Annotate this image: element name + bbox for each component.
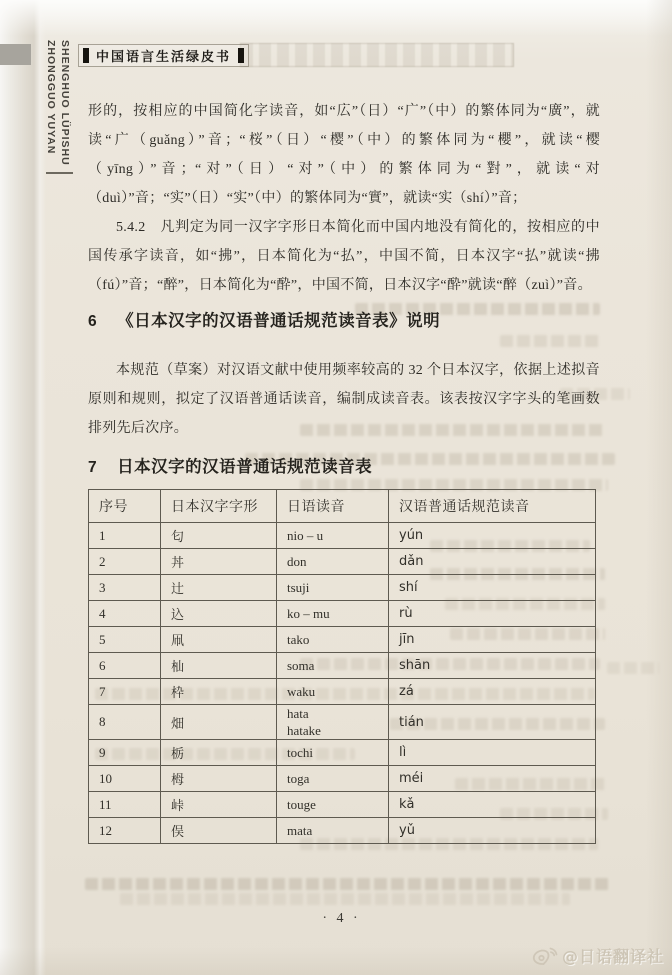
table-header-row: 序号日本汉字字形日语读音汉语普通话规范读音 [89, 490, 596, 523]
cell-japanese: toga [277, 766, 389, 792]
cell-kanji: 辻 [161, 575, 277, 601]
cell-no: 5 [89, 627, 161, 653]
column-header: 汉语普通话规范读音 [389, 490, 596, 523]
cell-kanji: 畑 [161, 705, 277, 740]
table-body: 1匂nio – uyún2丼dondǎn3辻tsujishí4込ko – mur… [89, 523, 596, 844]
cell-kanji: 枠 [161, 679, 277, 705]
page-right-edge [646, 0, 672, 975]
table-row: 6杣somashān [89, 653, 596, 679]
series-header-badge: 中国语言生活绿皮书 [78, 44, 249, 67]
cell-pinyin: dǎn [389, 549, 596, 575]
page-top-edge [0, 0, 672, 36]
column-header: 日本汉字字形 [161, 490, 277, 523]
section-6-heading: 6 《日本汉字的汉语普通话规范读音表》说明 [88, 306, 600, 336]
cell-pinyin: tián [389, 705, 596, 740]
cell-pinyin: shān [389, 653, 596, 679]
cell-japanese: tsuji [277, 575, 389, 601]
cell-no: 12 [89, 818, 161, 844]
section-6-number: 6 [88, 307, 97, 336]
cell-japanese: tochi [277, 740, 389, 766]
bleed-through-header-box [240, 43, 514, 67]
watermark-text: @日语翻译社 [562, 944, 664, 967]
cell-japanese: soma [277, 653, 389, 679]
spine-rule [46, 172, 73, 174]
column-header: 序号 [89, 490, 161, 523]
cell-japanese: waku [277, 679, 389, 705]
paragraph-5-4-2: 5.4.2 凡判定为同一汉字字形日本简化而中国内地没有简化的，按相应的中国传承字… [88, 213, 600, 300]
cell-no: 11 [89, 792, 161, 818]
cell-pinyin: méi [389, 766, 596, 792]
cell-japanese: mata [277, 818, 389, 844]
cell-pinyin: yǔ [389, 818, 596, 844]
section-7-heading: 7 日本汉字的汉语普通话规范读音表 [88, 452, 600, 482]
cover-gray-tab [0, 44, 31, 65]
cell-no: 2 [89, 549, 161, 575]
cell-kanji: 丼 [161, 549, 277, 575]
bleed-through-smudge [607, 662, 659, 674]
cell-no: 7 [89, 679, 161, 705]
badge-bar-right-icon [238, 48, 244, 63]
cell-pinyin: zá [389, 679, 596, 705]
cell-pinyin: shí [389, 575, 596, 601]
cell-no: 10 [89, 766, 161, 792]
weibo-icon [531, 943, 559, 967]
cell-no: 8 [89, 705, 161, 740]
table-row: 3辻tsujishí [89, 575, 596, 601]
watermark: @日语翻译社 [531, 943, 664, 967]
paragraph-continuation: 形的，按相应的中国简化字读音，如“広”（日）“广”（中）的繁体同为“廣”，就读“… [88, 97, 600, 213]
table-row: 1匂nio – uyún [89, 523, 596, 549]
table-row: 4込ko – murù [89, 601, 596, 627]
badge-bar-left-icon [83, 48, 89, 63]
spine-title-line2: SHENGHUO LÜPISHU [58, 40, 72, 180]
cell-kanji: 俣 [161, 818, 277, 844]
table-row: 2丼dondǎn [89, 549, 596, 575]
table-row: 9栃tochilì [89, 740, 596, 766]
bleed-through-smudge [120, 893, 570, 905]
spine-title: ZHONGGUO YUYAN SHENGHUO LÜPISHU [44, 40, 72, 180]
cell-kanji: 込 [161, 601, 277, 627]
cell-japanese: hata hatake [277, 705, 389, 740]
cell-japanese: don [277, 549, 389, 575]
section-6-title: 《日本汉字的汉语普通话规范读音表》说明 [117, 306, 440, 335]
cell-no: 3 [89, 575, 161, 601]
cell-no: 9 [89, 740, 161, 766]
paragraph-intro: 本规范（草案）对汉语文献中使用频率较高的 32 个日本汉字，依据上述拟音原则和规… [88, 356, 600, 443]
cell-kanji: 杣 [161, 653, 277, 679]
table-row: 7枠wakuzá [89, 679, 596, 705]
cell-kanji: 栂 [161, 766, 277, 792]
cell-pinyin: yún [389, 523, 596, 549]
cell-no: 1 [89, 523, 161, 549]
cell-japanese: touge [277, 792, 389, 818]
cell-pinyin: jīn [389, 627, 596, 653]
column-header: 日语读音 [277, 490, 389, 523]
cell-japanese: ko – mu [277, 601, 389, 627]
page-content: 形的，按相应的中国简化字读音，如“広”（日）“广”（中）的繁体同为“廣”，就读“… [88, 97, 600, 844]
cell-kanji: 峠 [161, 792, 277, 818]
section-7-title: 日本汉字的汉语普通话规范读音表 [117, 452, 372, 481]
cell-kanji: 栃 [161, 740, 277, 766]
scanned-page: ZHONGGUO YUYAN SHENGHUO LÜPISHU 中国语言生活绿皮… [0, 0, 672, 975]
cell-pinyin: rù [389, 601, 596, 627]
table-row: 11峠tougekǎ [89, 792, 596, 818]
bleed-through-smudge [85, 878, 609, 890]
spine-title-line1: ZHONGGUO YUYAN [44, 40, 58, 180]
table-row: 10栂togaméi [89, 766, 596, 792]
cell-kanji: 匂 [161, 523, 277, 549]
page-number: · 4 · [88, 911, 595, 927]
cell-no: 4 [89, 601, 161, 627]
page-left-edge [0, 0, 46, 975]
table-row: 5凧takojīn [89, 627, 596, 653]
cell-pinyin: lì [389, 740, 596, 766]
section-7-number: 7 [88, 453, 97, 482]
reading-table: 序号日本汉字字形日语读音汉语普通话规范读音 1匂nio – uyún2丼dond… [88, 489, 596, 844]
cell-no: 6 [89, 653, 161, 679]
table-row: 12俣matayǔ [89, 818, 596, 844]
cell-japanese: tako [277, 627, 389, 653]
cell-kanji: 凧 [161, 627, 277, 653]
series-title: 中国语言生活绿皮书 [96, 46, 231, 65]
cell-japanese: nio – u [277, 523, 389, 549]
cell-pinyin: kǎ [389, 792, 596, 818]
table-row: 8畑hata hataketián [89, 705, 596, 740]
